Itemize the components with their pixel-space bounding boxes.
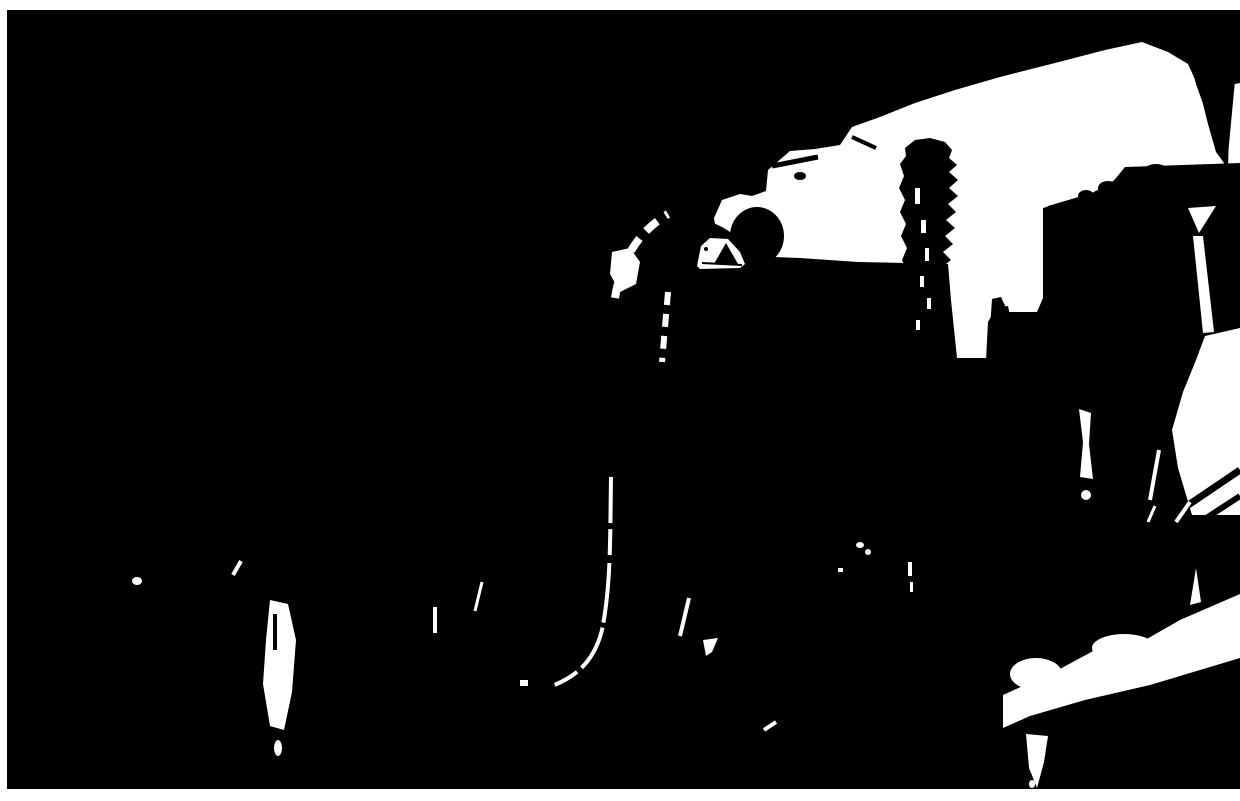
cabinet-knob-1 [1120, 167, 1144, 185]
mid-speck [520, 680, 528, 686]
left-speck-2 [132, 577, 142, 585]
coil-base-speck-2 [910, 582, 913, 592]
coil-ring-highlight-1 [915, 188, 920, 204]
coil-ring-highlight-6 [916, 320, 920, 330]
cabinet-knob-2 [1143, 164, 1169, 180]
floor-speck [1029, 780, 1035, 788]
cabinet-knob-4 [1078, 190, 1094, 202]
coil-ring-highlight-3 [925, 248, 929, 261]
coil-ring-highlight-5 [927, 298, 931, 309]
cabinet-knob-3 [1098, 181, 1118, 195]
coil-base-speck-1 [908, 562, 912, 576]
panel-highlight-dot [1081, 490, 1091, 500]
hub-emblem-ring-center [704, 247, 708, 251]
binarized-photo-page [0, 0, 1240, 801]
bench-speck-3 [838, 568, 843, 572]
table-edge-lump-2 [1092, 634, 1156, 662]
left-speck-3 [274, 740, 282, 756]
coil-ring-highlight-4 [920, 276, 924, 287]
left-bottle-notch [273, 614, 277, 650]
mid-sliver [433, 607, 437, 633]
bench-speck-1 [856, 542, 864, 548]
bench-speck-2 [865, 549, 871, 555]
sky-dark-blob [794, 172, 806, 180]
table-edge-lump-1 [1010, 658, 1062, 690]
coil-ring-highlight-2 [921, 220, 926, 233]
binarized-photo-figure [0, 0, 1240, 801]
